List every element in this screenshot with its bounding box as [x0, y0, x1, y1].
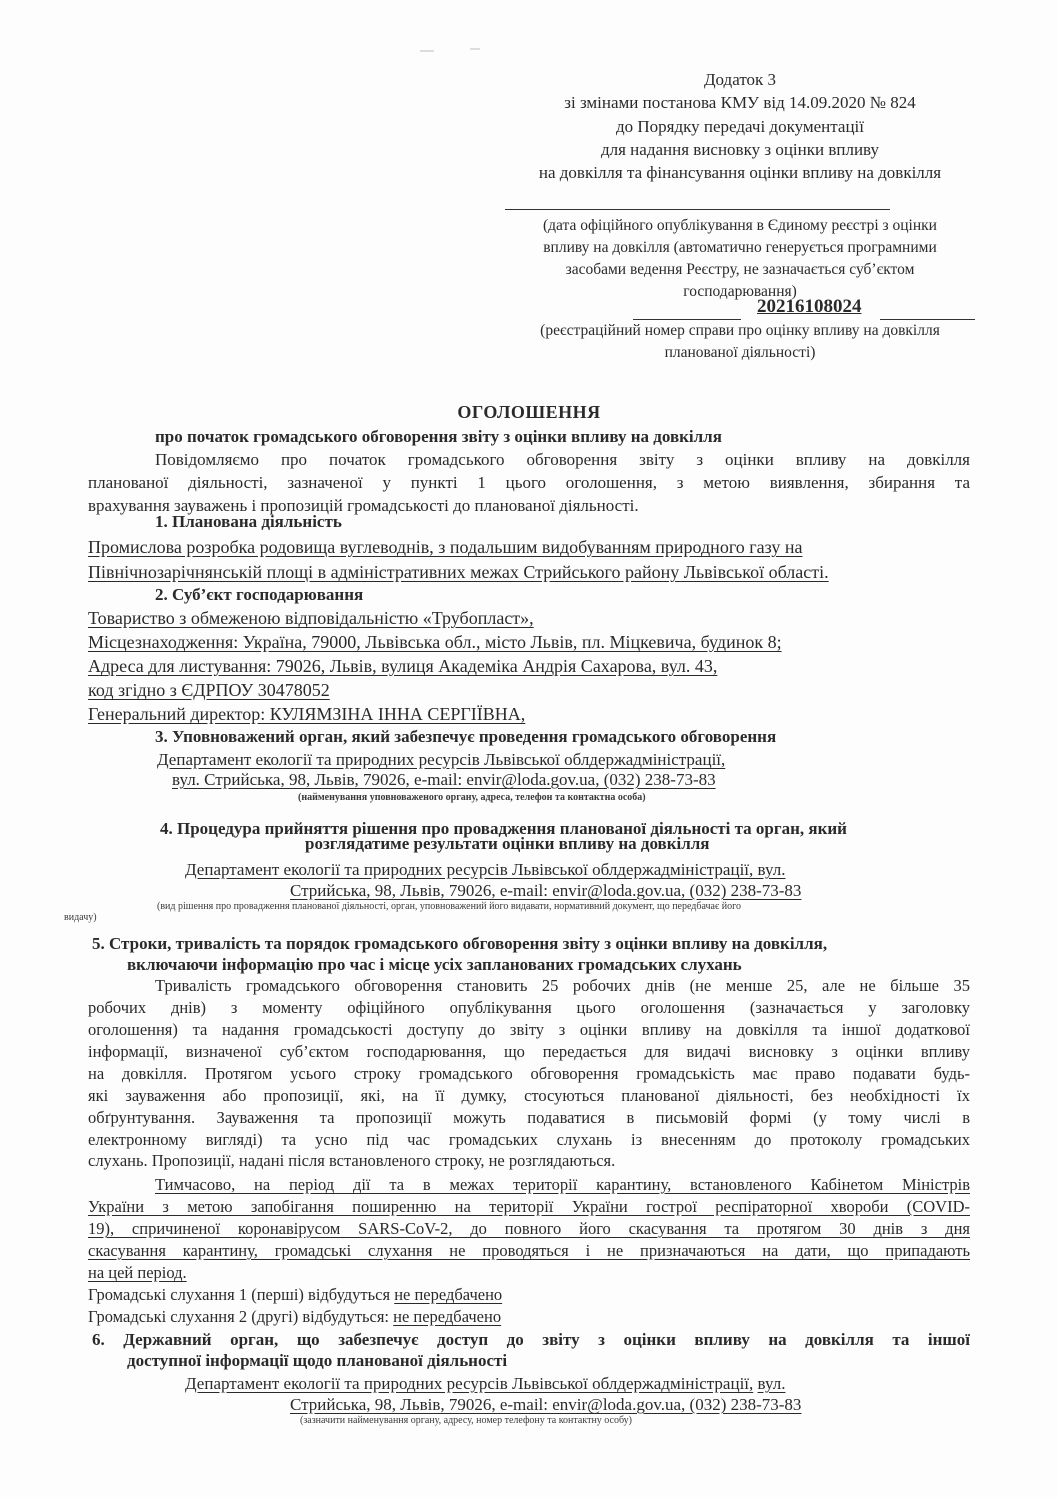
access-authority-note: (зазначити найменування органу, адресу, … — [300, 1415, 632, 1426]
publication-note-line: засобами ведення Реєстру, не зазначаєтьс… — [500, 259, 980, 281]
scan-artifact — [420, 50, 434, 52]
paragraph-line: електронному вигляді) та усно під час гр… — [88, 1130, 970, 1150]
access-authority-name: Департамент екології та природних ресурс… — [185, 1374, 785, 1394]
decision-note: (вид рішення про провадження планованої … — [157, 901, 741, 912]
registration-note: (реєстраційний номер справи про оцінку в… — [500, 320, 980, 364]
hearing-1: Громадські слухання 1 (перші) відбудутьс… — [88, 1285, 502, 1305]
publication-note-line: впливу на довкілля (автоматично генеруєт… — [500, 237, 980, 259]
company-edrpou: код згідно з ЄДРПОУ 30478052 — [88, 680, 330, 701]
hearing-2: Громадські слухання 2 (другі) відбудутьс… — [88, 1307, 501, 1327]
header-line: на довкілля та фінансування оцінки вплив… — [470, 163, 1010, 183]
company-mailing-address: Адреса для листування: 79026, Львів, вул… — [88, 656, 717, 677]
paragraph-line: обґрунтування. Зауваження та пропозиції … — [88, 1108, 970, 1128]
authority-note: (найменування уповноваженого органу, адр… — [298, 792, 646, 803]
page-subtitle: про початок громадського обговорення зві… — [155, 427, 722, 447]
hearing-1-label: Громадські слухання 1 (перші) відбудутьс… — [88, 1285, 394, 1304]
authority-address: вул. Стрийська, 98, Львів, 79026, e-mail… — [172, 770, 716, 790]
hearing-2-label: Громадські слухання 2 (другі) відбудутьс… — [88, 1307, 393, 1326]
section-2-heading: 2. Суб’єкт господарювання — [155, 585, 363, 605]
hearing-2-value: не передбачено — [393, 1307, 501, 1326]
publication-note-line: господарювання) — [500, 281, 980, 303]
scanned-document-page: Додаток 3 зі змінами постанова КМУ від 1… — [0, 0, 1058, 1497]
access-authority-address: Стрийська, 98, Львів, 79026, e-mail: env… — [290, 1395, 801, 1415]
paragraph-line: України з метою запобігання поширенню на… — [88, 1197, 970, 1217]
paragraph-line: скасування карантину, громадські слуханн… — [88, 1241, 970, 1261]
intro-line: Повідомляємо про початок громадського об… — [155, 450, 970, 470]
section-5-heading-line: включаючи інформацію про час і місце усі… — [127, 955, 742, 975]
registration-number: 20216108024 — [757, 296, 862, 318]
authority-name: Департамент екології та природних ресурс… — [157, 750, 725, 770]
header-line: до Порядку передачі документації — [480, 117, 1000, 137]
section-6-heading-line: 6. Державний орган, що забезпечує доступ… — [92, 1330, 970, 1350]
decision-note: видачу) — [64, 912, 97, 923]
planned-activity-line: Промислова розробка родовища вуглеводнів… — [88, 537, 802, 558]
paragraph-line: робочих днів) з моменту офіційного опубл… — [88, 998, 970, 1018]
header-line: зі змінами постанова КМУ від 14.09.2020 … — [480, 93, 1000, 113]
appendix-label: Додаток 3 — [480, 70, 1000, 90]
section-5-heading-line: 5. Строки, тривалість та порядок громадс… — [92, 934, 827, 954]
paragraph-line: на довкілля. Протягом усього строку гром… — [88, 1064, 970, 1084]
intro-line: планованої діяльності, зазначеної у пунк… — [88, 473, 970, 493]
scan-artifact — [470, 48, 480, 50]
section-6-heading-line: доступної інформації щодо планованої дія… — [127, 1351, 507, 1371]
paragraph-line: які зауваження або пропозиції, які, на ї… — [88, 1086, 970, 1106]
publication-note: (дата офіційного опублікування в Єдиному… — [500, 215, 980, 303]
decision-authority-name: Департамент екології та природних ресурс… — [185, 860, 785, 880]
section-1-heading: 1. Планована діяльність — [155, 512, 342, 532]
registration-note-line: (реєстраційний номер справи про оцінку в… — [500, 320, 980, 342]
paragraph-line: Тривалість громадського обговорення стан… — [155, 976, 970, 996]
company-name: Товариство з обмеженою відповідальністю … — [88, 608, 534, 629]
section-3-heading: 3. Уповноважений орган, який забезпечує … — [155, 727, 776, 747]
page-title: ОГОЛОШЕННЯ — [0, 402, 1058, 423]
publication-note-line: (дата офіційного опублікування в Єдиному… — [500, 215, 980, 237]
planned-activity-line: Північнозарічнянській площі в адміністра… — [88, 562, 829, 583]
registration-note-line: планованої діяльності) — [500, 342, 980, 364]
publication-date-blank — [505, 209, 890, 210]
decision-authority-address: Стрийська, 98, Львів, 79026, e-mail: env… — [290, 881, 801, 901]
paragraph-line: слухань. Пропозиції, надані після встано… — [88, 1151, 615, 1171]
access-authority-street-prefix: вул. — [758, 1374, 786, 1393]
company-location: Місцезнаходження: Україна, 79000, Львівс… — [88, 632, 782, 653]
paragraph-line: Тимчасово, на період дії та в межах тери… — [155, 1175, 970, 1195]
paragraph-line: 19), спричиненої коронавірусом SARS-CoV-… — [88, 1219, 970, 1239]
company-director: Генеральний директор: КУЛЯМЗІНА ІННА СЕР… — [88, 704, 525, 725]
paragraph-line: на цей період. — [88, 1263, 187, 1283]
section-4-heading-line: розглядатиме результати оцінки впливу на… — [305, 835, 710, 853]
hearing-1-value: не передбачено — [394, 1285, 502, 1304]
header-line: для надання висновку з оцінки впливу — [480, 140, 1000, 160]
access-authority-name-text: Департамент екології та природних ресурс… — [185, 1374, 753, 1393]
paragraph-line: інформації, визначеної суб’єктом господа… — [88, 1042, 970, 1062]
paragraph-line: оголошення) та надання громадськості дос… — [88, 1020, 970, 1040]
